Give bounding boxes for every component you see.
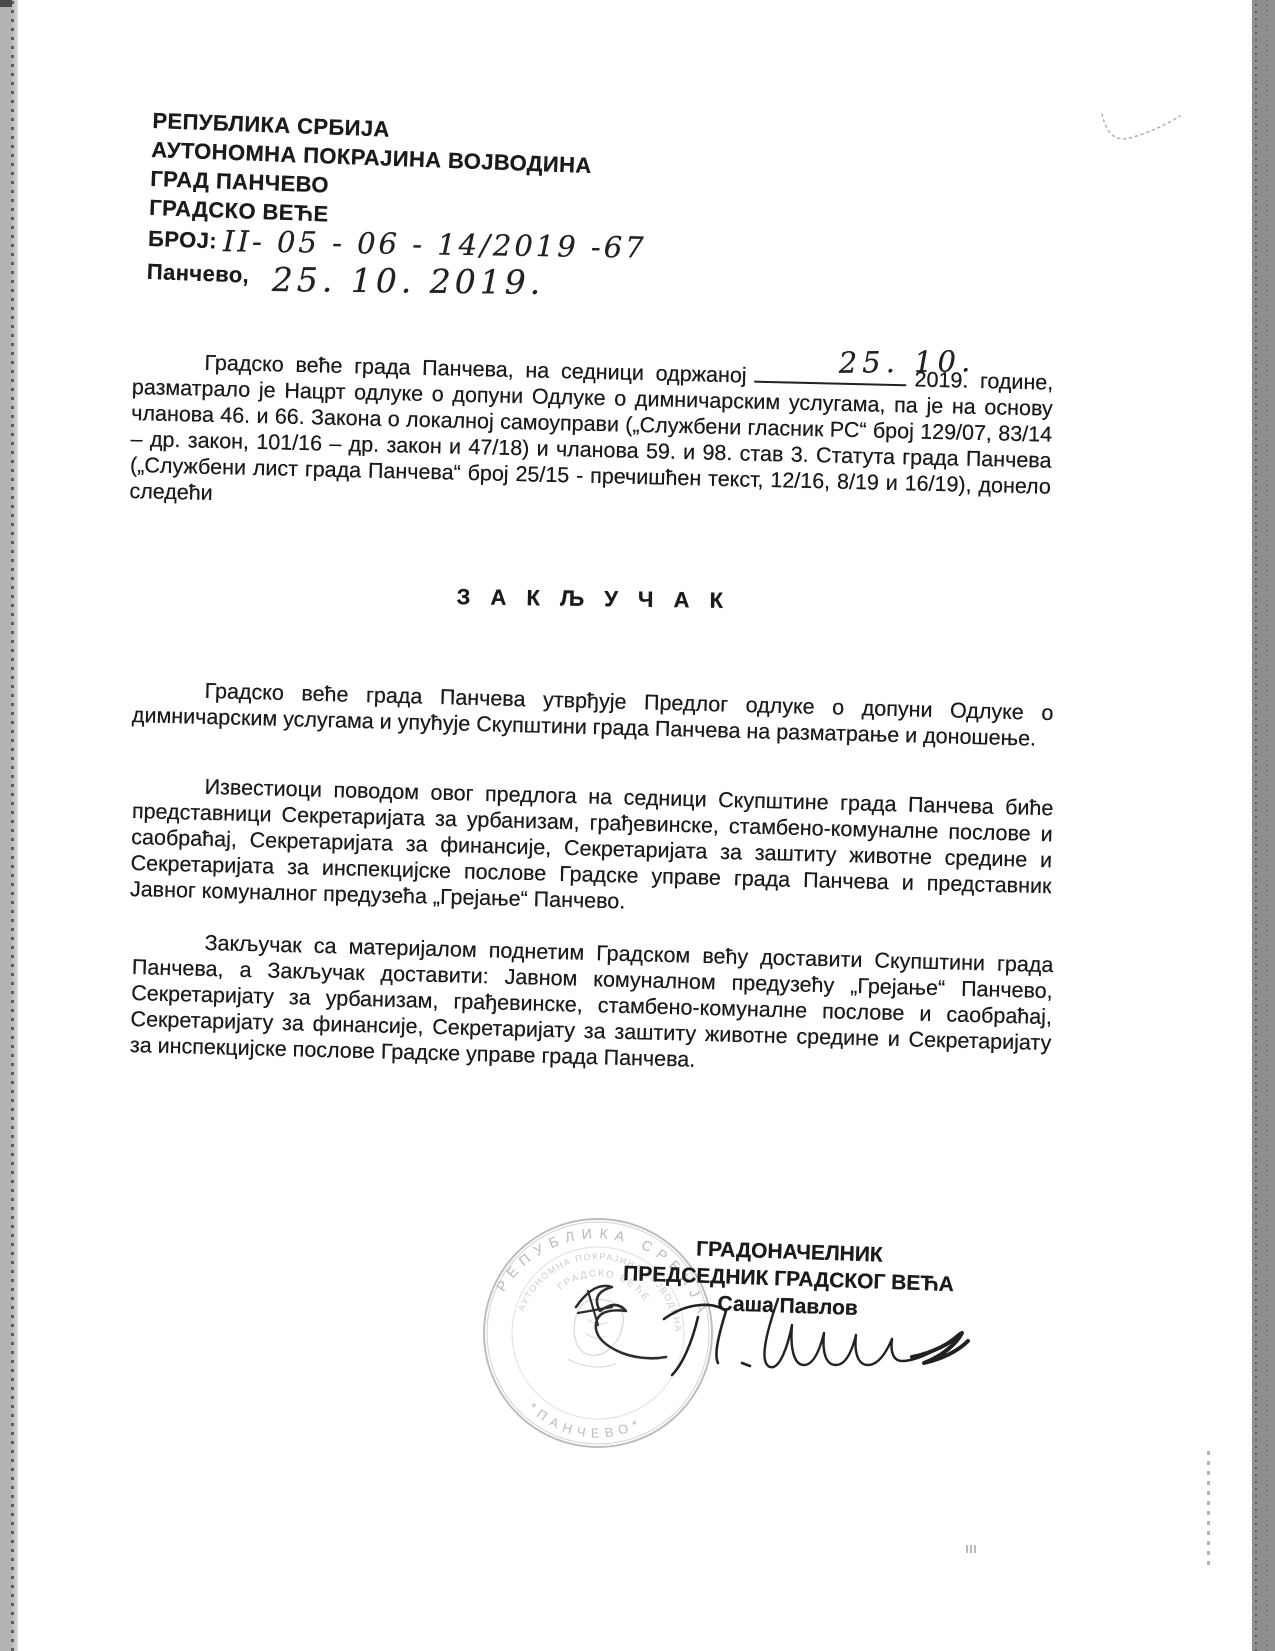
- paragraph-intro: Градско веће града Панчева, на седници о…: [129, 342, 1054, 526]
- place-label: Панчево,: [146, 259, 249, 288]
- paragraph-rapporteurs: Известиоци поводом овог предлога на седн…: [130, 772, 1054, 925]
- case-number-label: БРОЈ:: [148, 226, 218, 254]
- scan-corner-artifact: [0, 0, 12, 7]
- scan-edge-left: [0, 0, 18, 1651]
- check-mark-stroke: [1102, 114, 1180, 139]
- scan-speck: [966, 1545, 976, 1553]
- intro-after-blank: 2019. године, разматрало је Нацрт одлуке…: [129, 367, 1053, 504]
- svg-text:*ПАНЧЕВО*: *ПАНЧЕВО*: [523, 1398, 648, 1448]
- scanned-document-page: РЕПУБЛИКА СРБИЈА АУТОНОМНА ПОКРАЈИНА ВОЈ…: [0, 0, 1275, 1651]
- date-handwritten: 25. 10. 2019.: [272, 265, 545, 297]
- scan-edge-right: [1252, 0, 1275, 1651]
- document-title-zakljucak: З А К Љ У Ч А К: [133, 580, 1054, 619]
- signature-block: ГРАДОНАЧЕЛНИК ПРЕДСЕДНИК ГРАДСКОГ ВЕЋА С…: [587, 1232, 989, 1326]
- case-number-handwritten: II- 05 - 06 - 14/2019 -67: [223, 227, 647, 263]
- date-blank-underline: 25. 10.: [754, 357, 907, 387]
- pen-check-mark: [1080, 100, 1210, 170]
- letterhead: РЕПУБЛИКА СРБИЈА АУТОНОМНА ПОКРАЈИНА ВОЈ…: [146, 106, 792, 309]
- scan-smudge-vertical: [1207, 1450, 1210, 1565]
- paragraph-decision: Градско веће града Панчева утврђује Пред…: [132, 676, 1054, 752]
- blank-date-handwritten: 25. 10.: [767, 348, 976, 376]
- stamp-bottom-text: *ПАНЧЕВО*: [523, 1398, 648, 1448]
- paragraph-distribution: Закључак са материјалом поднетим Градско…: [130, 928, 1054, 1082]
